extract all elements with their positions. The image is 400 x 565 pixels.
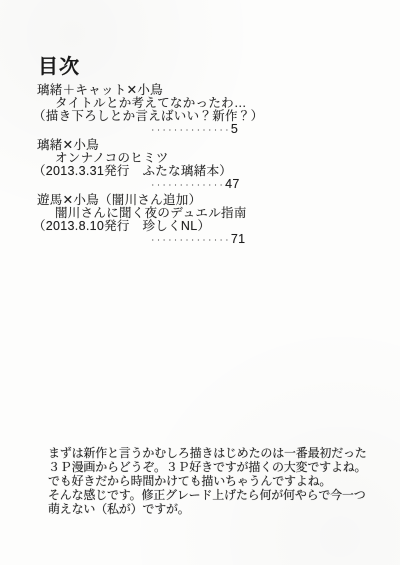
toc-entry: 遊馬✕小鳥（闇川さん追加） 闇川さんに聞く夜のデュエル指南 （2013.8.10… — [33, 194, 273, 246]
toc-entry: 璃緒✕小鳥 オンナノコのヒミツ （2013.3.31発行 ふたな璃緒本） ・・・… — [33, 139, 273, 191]
toc-entry-page-number: 5 — [231, 122, 238, 136]
toc-entry-page-number: 47 — [225, 177, 240, 191]
toc-entry-pageline: ・・・・・・・・・・・・・・5 — [150, 123, 273, 136]
afterword-line: 萌えない（私が）ですが。 — [48, 502, 368, 516]
toc-entry-pageline: ・・・・・・・・・・・・・47 — [150, 178, 273, 191]
toc-page: 目次 璃緒＋キャット✕小鳥 タイトルとか考えてなかったわ… （描き下ろしとか言え… — [0, 0, 400, 565]
afterword-paragraph: まずは新作と言うかむしろ描きはじめたのは一番最初だった ３Ｐ漫画からどうぞ。３Ｐ… — [48, 446, 368, 516]
toc-entry-page-number: 71 — [231, 232, 246, 246]
toc-entry-pageline: ・・・・・・・・・・・・・・71 — [150, 233, 273, 246]
afterword-line: まずは新作と言うかむしろ描きはじめたのは一番最初だった — [48, 446, 368, 460]
dotted-leader: ・・・・・・・・・・・・・・ — [150, 128, 230, 134]
toc-entry: 璃緒＋キャット✕小鳥 タイトルとか考えてなかったわ… （描き下ろしとか言えばいい… — [33, 84, 273, 136]
dotted-leader: ・・・・・・・・・・・・・ — [150, 183, 224, 189]
afterword-line: そんな感じです。修正グレード上げたら何が何やらで今一つ — [48, 488, 368, 502]
dotted-leader: ・・・・・・・・・・・・・・ — [150, 238, 230, 244]
page-title: 目次 — [38, 50, 80, 79]
toc-list: 璃緒＋キャット✕小鳥 タイトルとか考えてなかったわ… （描き下ろしとか言えばいい… — [33, 84, 273, 249]
afterword-line: ３Ｐ漫画からどうぞ。３Ｐ好きですが描くの大変ですよね。 — [48, 460, 368, 474]
afterword-line: でも好きだから時間かけても描いちゃうんですよね。 — [48, 474, 368, 488]
